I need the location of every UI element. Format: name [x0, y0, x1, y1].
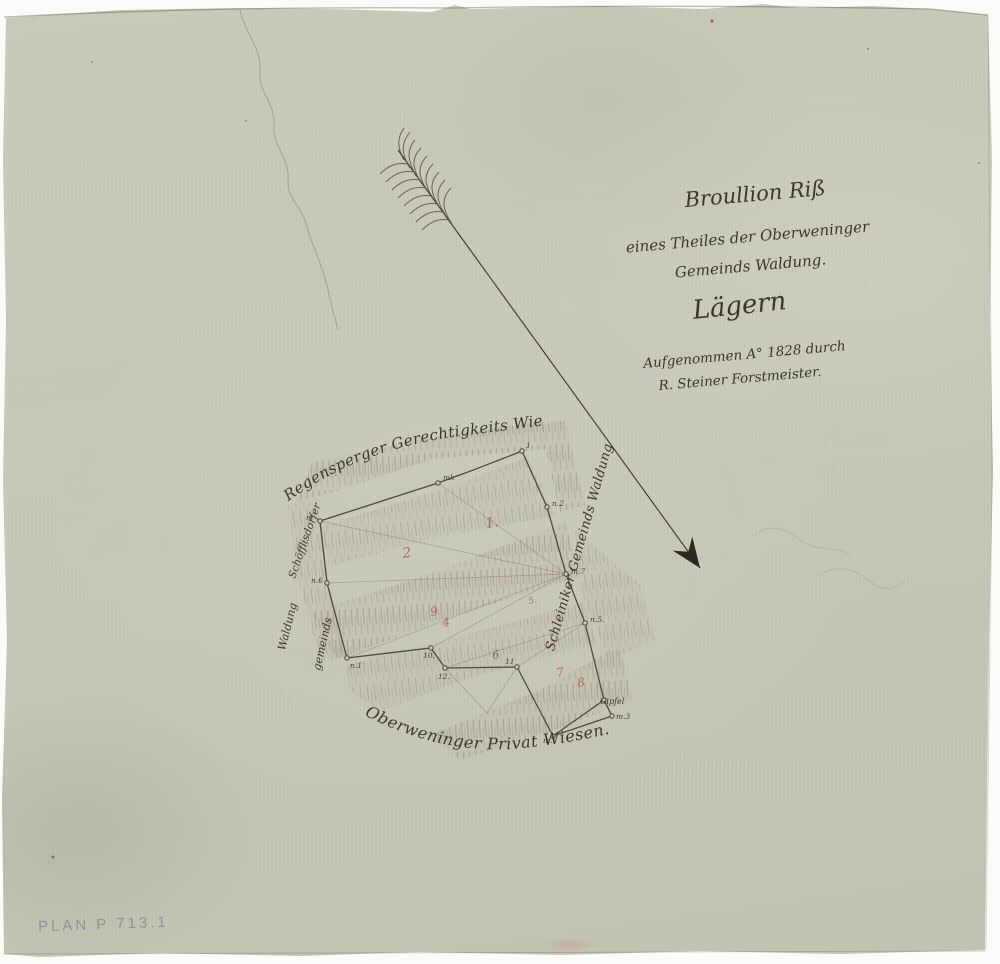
arrowhead-icon [673, 537, 700, 568]
left-forest-label-2: Waldung [275, 601, 299, 651]
point-label: 1 [526, 441, 531, 450]
point-label: m.3 [616, 712, 630, 721]
point-label: n.6 [311, 576, 323, 585]
point-label: 10. [423, 651, 435, 660]
point-label: n.1 [350, 661, 362, 670]
parcel-number: 5. [528, 595, 539, 607]
point-label: 11 [505, 657, 515, 666]
parcel-number: 1. [484, 514, 499, 532]
paper-crease [240, 10, 338, 330]
point-label: 12. [438, 672, 450, 681]
parcel-number: 7 [555, 665, 565, 680]
point-label: mk [443, 473, 455, 482]
scanned-plan-page: 1 mk m n.2 m.7 n.6 n.1 10. 12. 11 n.5. m… [0, 0, 1000, 964]
top-meadow-label: Regensperger Gerechtigkeits Wiesen [0, 0, 544, 505]
peak-label: Gipfel [600, 697, 625, 706]
plan-drawing: 1 mk m n.2 m.7 n.6 n.1 10. 12. 11 n.5. m… [0, 0, 1000, 964]
svg-text:Regensperger Gerechtigkeits Wi: Regensperger Gerechtigkeits Wiesen [0, 0, 544, 505]
svg-text:Waldung: Waldung [275, 601, 299, 651]
faint-pencil-traces [755, 528, 905, 588]
parcel-number: 2 [400, 545, 412, 562]
feather-barbs-icon [380, 128, 452, 230]
point-label: n.2 [552, 499, 564, 508]
point-label: n.5. [590, 615, 604, 624]
